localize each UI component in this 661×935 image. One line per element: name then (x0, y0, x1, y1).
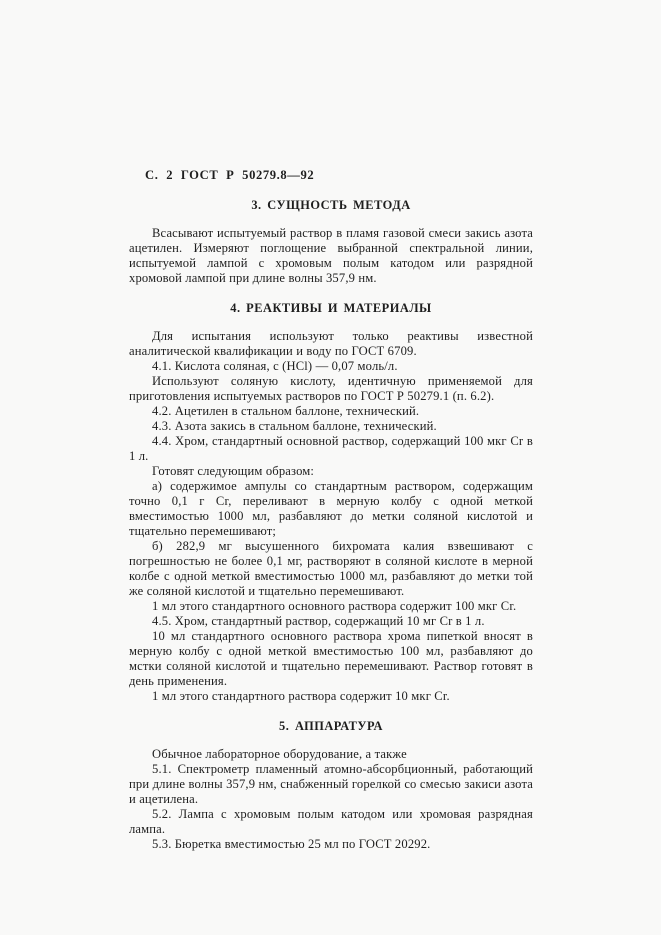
paragraph: 1 мл этого стандартного основного раство… (129, 599, 533, 614)
section-heading: 4. РЕАКТИВЫ И МАТЕРИАЛЫ (129, 301, 533, 316)
paragraph: Готовят следующим образом: (129, 464, 533, 479)
paragraph: Используют соляную кислоту, идентичную п… (129, 374, 533, 404)
section-heading: 3. СУЩНОСТЬ МЕТОДА (129, 198, 533, 213)
paragraph: 4.2. Ацетилен в стальном баллоне, технич… (129, 404, 533, 419)
scanned-document-page: С. 2 ГОСТ Р 50279.8—92 3. СУЩНОСТЬ МЕТОД… (0, 0, 661, 935)
paragraph: Всасывают испытуемый раствор в пламя газ… (129, 226, 533, 286)
paragraph: 5.2. Лампа с хромовым полым катодом или … (129, 807, 533, 837)
paragraph: 1 мл этого стандартного раствора содержи… (129, 689, 533, 704)
paragraph: 4.4. Хром, стандартный основной раствор,… (129, 434, 533, 464)
paragraph: а) содержимое ампулы со стандартным раст… (129, 479, 533, 539)
paragraph: Обычное лабораторное оборудование, а так… (129, 747, 533, 762)
page-header: С. 2 ГОСТ Р 50279.8—92 (145, 168, 533, 183)
paragraph: 10 мл стандартного основного раствора хр… (129, 629, 533, 689)
paragraph: б) 282,9 мг высушенного бихромата калия … (129, 539, 533, 599)
paragraph: Для испытания используют только реактивы… (129, 329, 533, 359)
paragraph: 4.5. Хром, стандартный раствор, содержащ… (129, 614, 533, 629)
paragraph: 4.1. Кислота соляная, с (HCl) — 0,07 мол… (129, 359, 533, 374)
section-heading: 5. АППАРАТУРА (129, 719, 533, 734)
paragraph: 5.1. Спектрометр пламенный атомно-абсорб… (129, 762, 533, 807)
document-body: 3. СУЩНОСТЬ МЕТОДАВсасывают испытуемый р… (129, 198, 533, 852)
paragraph: 5.3. Бюретка вместимостью 25 мл по ГОСТ … (129, 837, 533, 852)
paragraph: 4.3. Азота закись в стальном баллоне, те… (129, 419, 533, 434)
